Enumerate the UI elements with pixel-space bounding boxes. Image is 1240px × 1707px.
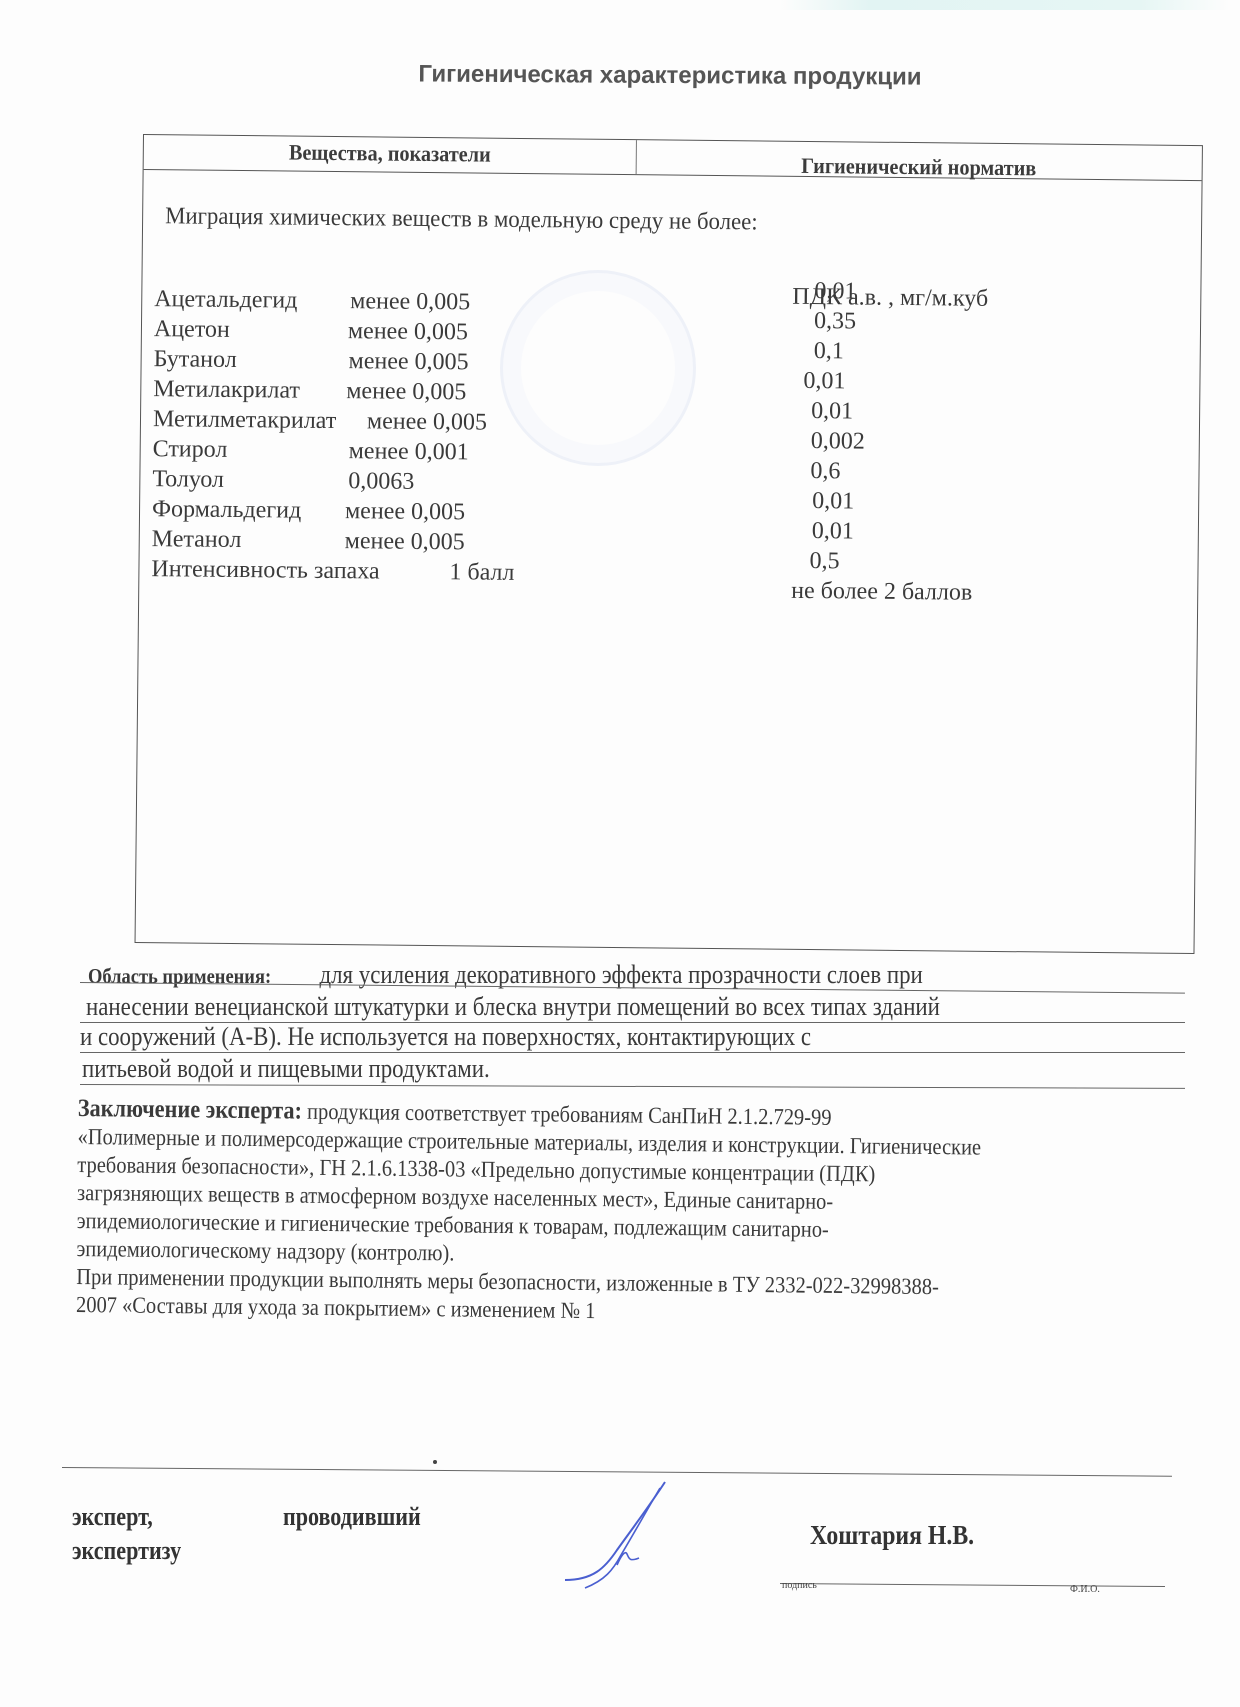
expert-name: Хоштария Н.В. <box>810 1520 974 1551</box>
substance-name: Метилакрилат <box>153 373 300 407</box>
scan-artifact <box>780 0 1230 10</box>
underline <box>80 1052 1185 1053</box>
column-divider <box>636 140 637 174</box>
odor-norm-value: не более 2 баллов <box>791 578 972 607</box>
substance-name: Метилметакрилат <box>153 403 337 437</box>
application-line: и сооружений (А-В). Не используется на п… <box>80 1022 811 1052</box>
norm-value: 0,1 <box>814 338 844 365</box>
application-line: питьевой водой и пищевыми продуктами. <box>82 1054 490 1084</box>
norm-value: 0,5 <box>809 548 839 575</box>
document-title: Гигиеническая характеристика продукции <box>50 58 1240 94</box>
expert-role-label: экспертизу <box>72 1536 181 1566</box>
measured-value: менее 0,005 <box>346 375 466 408</box>
norm-value: 0,01 <box>812 488 854 515</box>
expert-role-label: эксперт, <box>72 1502 153 1532</box>
conclusion-label: Заключение эксперта: <box>78 1095 302 1125</box>
norm-value: 0,6 <box>810 458 840 485</box>
table-header: Вещества, показатели Гигиенический норма… <box>144 135 1202 181</box>
substance-name: Ацетон <box>154 313 230 346</box>
measured-value: менее 0,005 <box>345 495 465 528</box>
caption-signature: подпись <box>782 1580 817 1591</box>
substance-name: Метанол <box>152 523 242 556</box>
measured-value: менее 0,005 <box>350 285 470 318</box>
column-header-substances: Вещества, показатели <box>163 135 616 174</box>
substance-name: Стирол <box>153 433 228 466</box>
hygiene-table: Вещества, показатели Гигиенический норма… <box>135 134 1203 954</box>
measured-value: 1 балл <box>449 556 514 589</box>
underline <box>80 1084 1185 1089</box>
measured-value: менее 0,005 <box>348 315 468 348</box>
norm-value: 0,01 <box>811 398 853 425</box>
norm-value: 0,01 <box>803 368 845 395</box>
application-line: нанесении венецианской штукатурки и блес… <box>86 992 940 1022</box>
expert-role-label: проводивший <box>283 1502 421 1532</box>
handwritten-signature <box>555 1480 705 1590</box>
measured-value: менее 0,005 <box>348 345 468 378</box>
substance-name: Интенсивность запаха <box>151 553 379 587</box>
norm-value: 0,01 <box>814 278 856 305</box>
substance-name: Формальдегид <box>152 493 301 527</box>
norm-value: 0,002 <box>811 428 865 456</box>
scan-dot <box>433 1460 437 1464</box>
expert-conclusion: Заключение эксперта: продукция соответст… <box>76 1095 1066 1331</box>
measured-value: менее 0,005 <box>345 525 465 558</box>
migration-intro: Миграция химических веществ в модельную … <box>165 203 758 236</box>
application-section: Область применения: для усиления декорат… <box>80 960 1185 1100</box>
measured-value: 0,0063 <box>348 465 414 498</box>
signature-top-rule <box>62 1467 1172 1477</box>
substance-name: Ацетальдегид <box>154 283 297 316</box>
measured-value: менее 0,005 <box>367 405 487 438</box>
signature-bottom-rule <box>780 1583 1165 1587</box>
norm-value: 0,01 <box>812 518 854 545</box>
substance-name: Толуол <box>152 463 224 496</box>
caption-name: Ф.И.О. <box>1070 1584 1100 1595</box>
norm-value: 0,35 <box>814 308 856 335</box>
column-header-norm: Гигиенический норматив <box>658 148 1179 187</box>
substance-name: Бутанол <box>153 343 236 376</box>
measured-value: менее 0,001 <box>349 435 469 468</box>
